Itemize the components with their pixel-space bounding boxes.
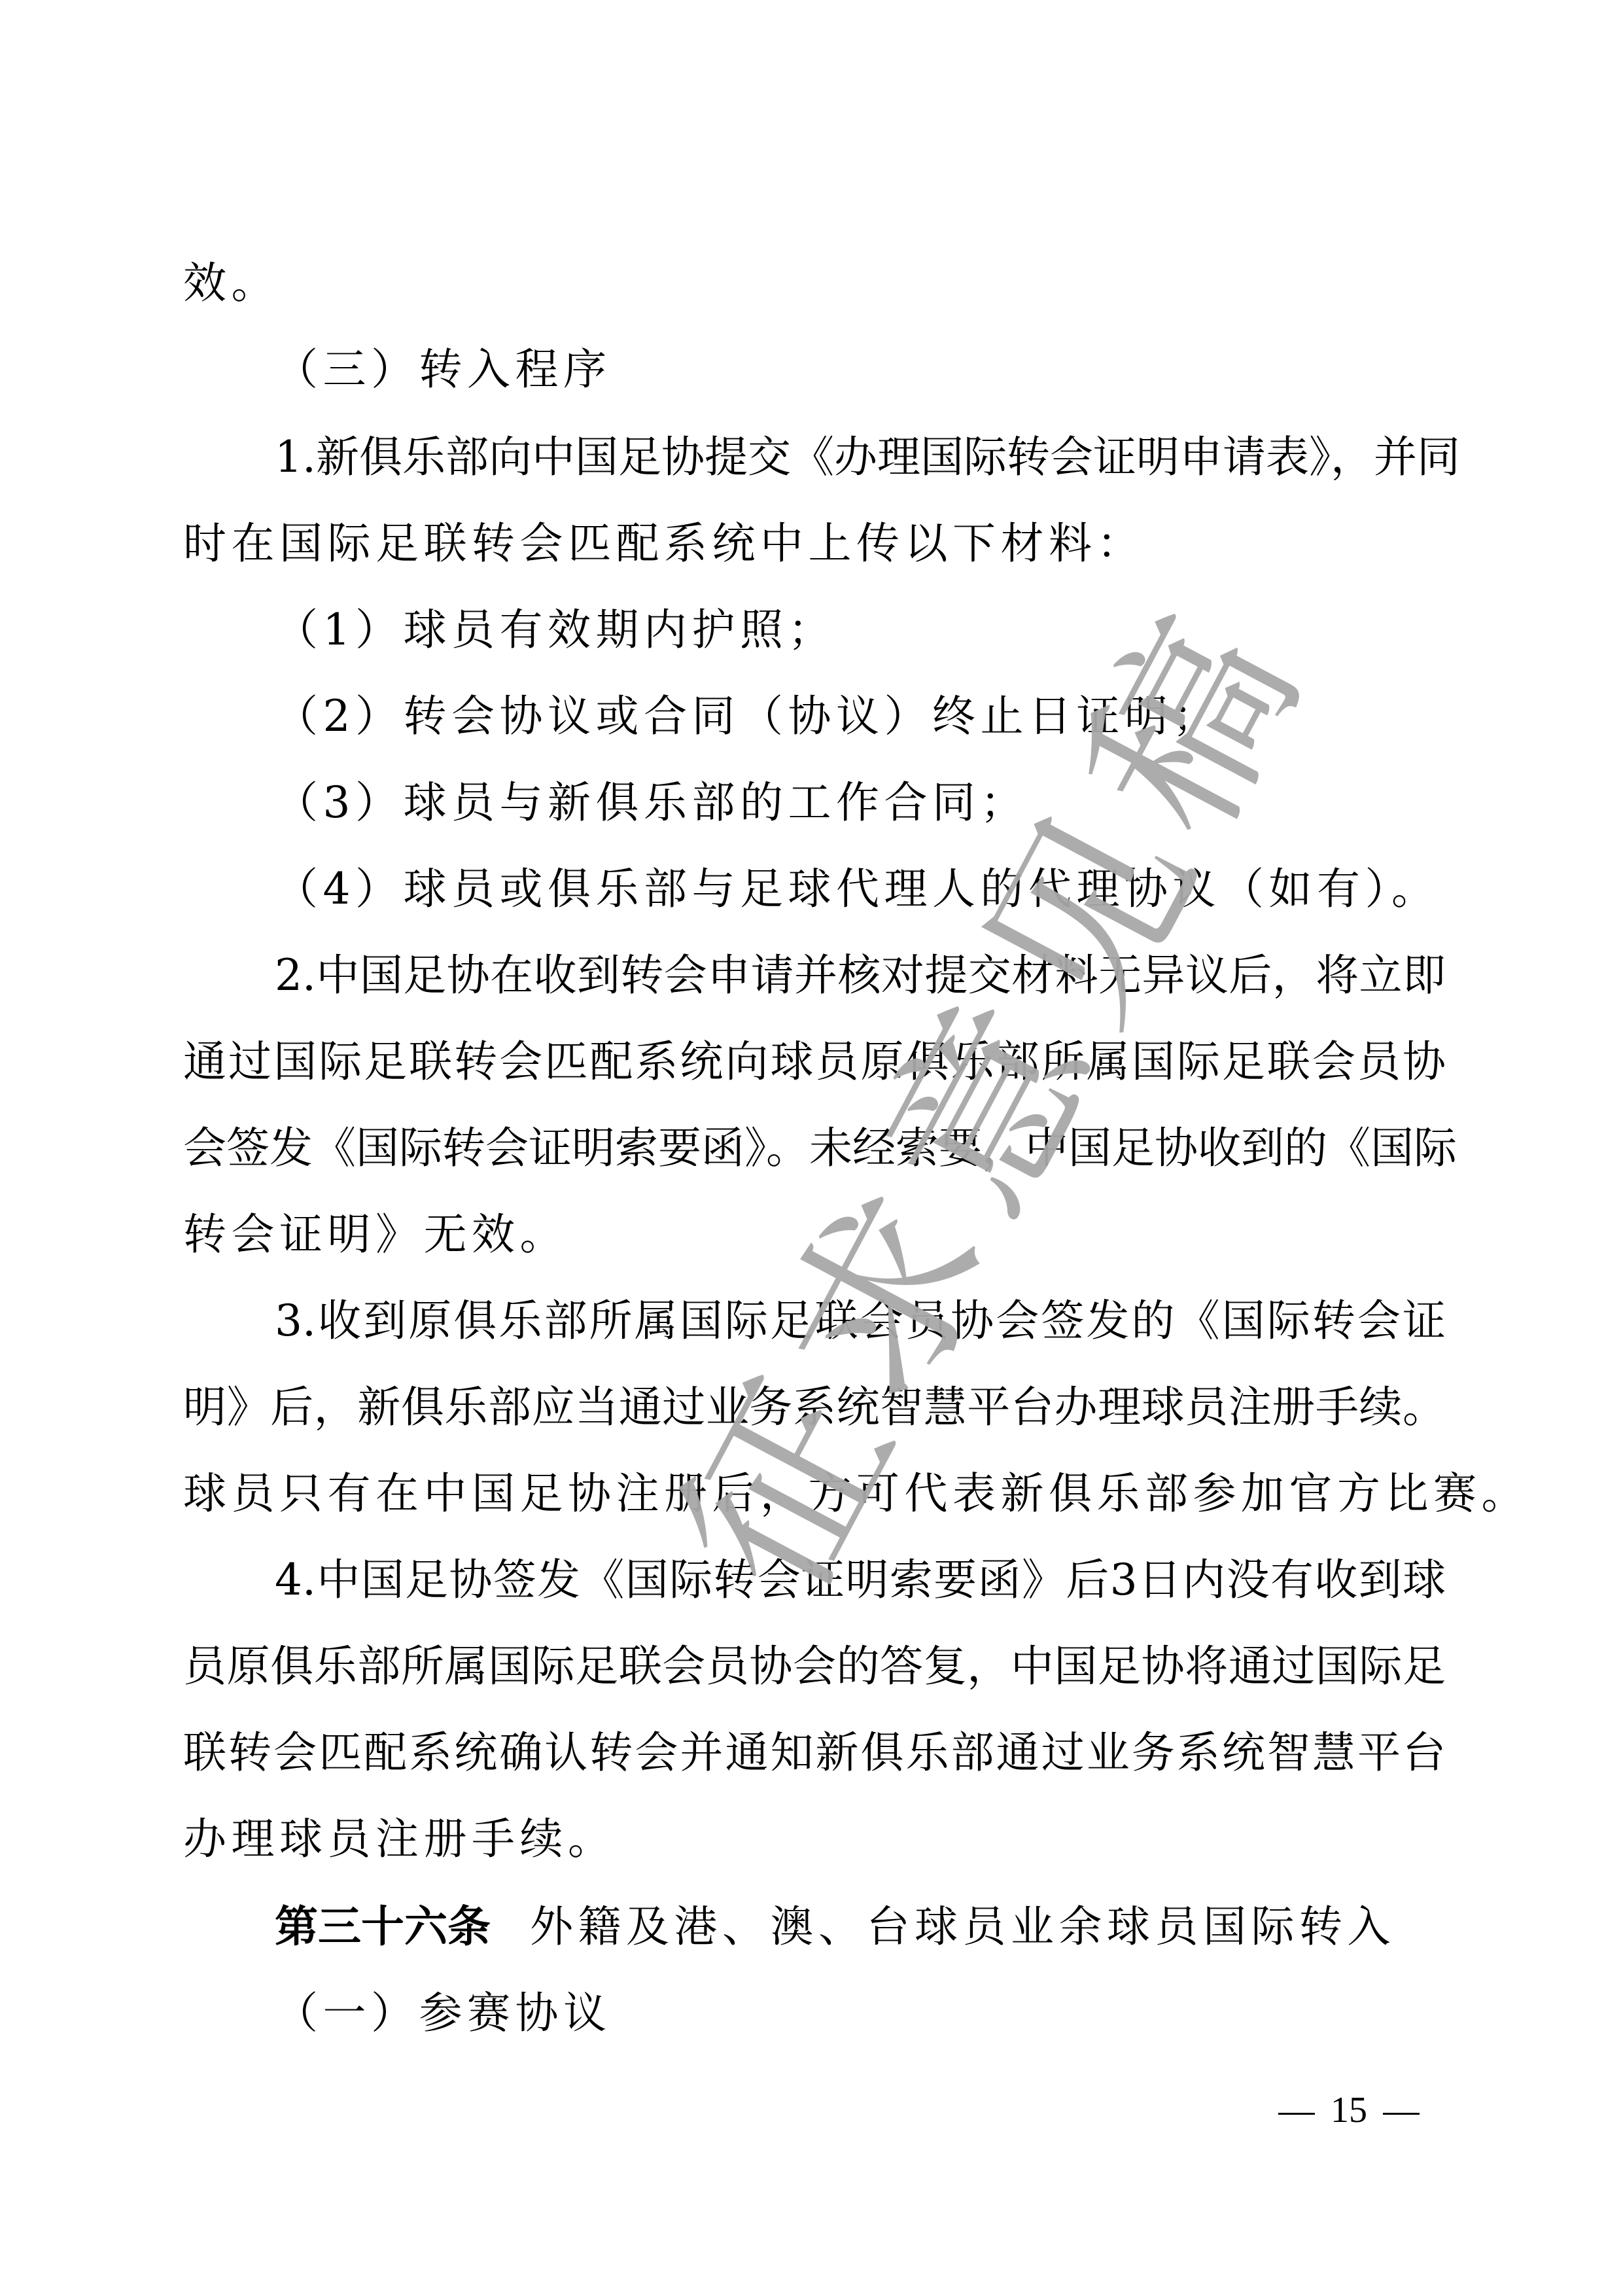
dash-left-icon bbox=[1278, 2113, 1315, 2115]
page-number-value: 15 bbox=[1331, 2090, 1367, 2130]
paragraph-line: 2.中国足协在收到转会申请并核对提交材料无异议后，将立即 bbox=[275, 946, 1446, 1005]
paragraph-line: 通过国际足联转会匹配系统向球员原俱乐部所属国际足联会员协 bbox=[183, 1033, 1446, 1091]
paragraph-line: 1.新俱乐部向中国足协提交《办理国际转会证明申请表》，并同 bbox=[275, 428, 1446, 487]
list-item: （2）转会协议或合同（协议）终止日证明； bbox=[275, 687, 1221, 746]
list-item: （4）球员或俱乐部与足球代理人的代理协议（如有）。 bbox=[275, 860, 1440, 919]
article-number: 第三十六条 bbox=[275, 1901, 491, 1952]
list-item: （1）球员有效期内护照； bbox=[275, 601, 836, 660]
paragraph-line: 效。 bbox=[183, 254, 279, 313]
article-heading: 第三十六条外籍及港、澳、台球员业余球员国际转入 bbox=[275, 1898, 1395, 1956]
article-title: 外籍及港、澳、台球员业余球员国际转入 bbox=[530, 1901, 1395, 1952]
document-page: 效。 （三）转入程序 1.新俱乐部向中国足协提交《办理国际转会证明申请表》，并同… bbox=[0, 0, 1623, 2296]
paragraph-line: 员原俱乐部所属国际足联会员协会的答复，中国足协将通过国际足 bbox=[183, 1637, 1446, 1696]
paragraph-line: 时在国际足联转会匹配系统中上传以下材料： bbox=[183, 514, 1145, 573]
dash-right-icon bbox=[1383, 2113, 1420, 2115]
subsection-heading: （一）参赛协议 bbox=[275, 1984, 612, 2043]
list-item: （3）球员与新俱乐部的工作合同； bbox=[275, 773, 1028, 832]
paragraph-line: 4.中国足协签发《国际转会证明索要函》后3日内没有收到球 bbox=[275, 1551, 1446, 1610]
paragraph-line: 会签发《国际转会证明索要函》。未经索要，中国足协收到的《国际 bbox=[183, 1119, 1446, 1178]
paragraph-line: 转会证明》无效。 bbox=[183, 1205, 568, 1264]
paragraph-line: 联转会匹配系统确认转会并通知新俱乐部通过业务系统智慧平台 bbox=[183, 1723, 1446, 1782]
paragraph-line: 明》后，新俱乐部应当通过业务系统智慧平台办理球员注册手续。 bbox=[183, 1378, 1446, 1437]
section-heading: （三）转入程序 bbox=[275, 340, 612, 399]
paragraph-line: 办理球员注册手续。 bbox=[183, 1810, 616, 1869]
paragraph-line: 3.收到原俱乐部所属国际足联会员协会签发的《国际转会证 bbox=[275, 1292, 1446, 1351]
paragraph-line: 球员只有在中国足协注册后，方可代表新俱乐部参加官方比赛。 bbox=[183, 1464, 1529, 1523]
page-number: 15 bbox=[1263, 2087, 1435, 2133]
